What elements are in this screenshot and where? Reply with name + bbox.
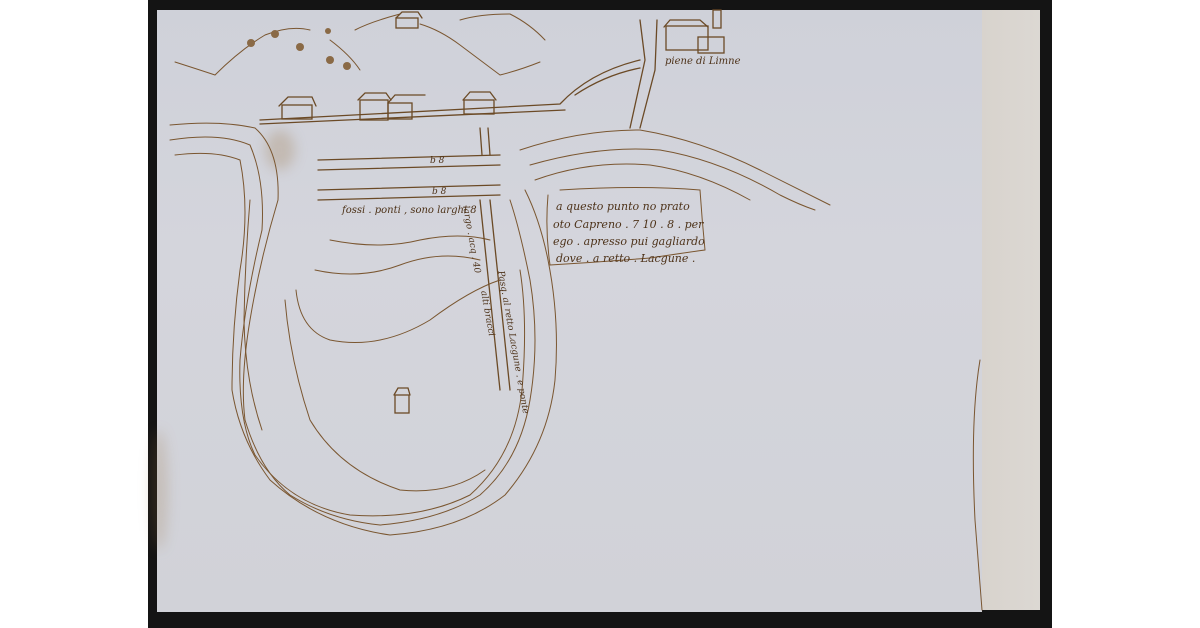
island-house-icon <box>394 388 410 413</box>
hills <box>175 14 545 75</box>
hilltop-house-icon <box>396 12 422 28</box>
church-label: piene di Limne <box>665 56 741 67</box>
map-drawing <box>0 0 1200 628</box>
village-houses-icon <box>279 92 496 120</box>
note-line-3: ego . apresso pui gagliardo <box>553 235 705 248</box>
note-line-1: a questo punto no prato <box>556 200 690 213</box>
church-icon <box>664 10 724 53</box>
bridge-measure-top: b 8 <box>430 156 444 166</box>
note-line-4: dove . a retto . Lacgune . <box>556 252 695 265</box>
bridge-measure-mid: b 8 <box>432 187 446 197</box>
note-line-2: oto Capreno . 7 10 . 8 . per <box>553 218 703 231</box>
bridges <box>318 128 510 390</box>
bridge-label: fossi . ponti , sono larghi 8 <box>342 205 477 216</box>
